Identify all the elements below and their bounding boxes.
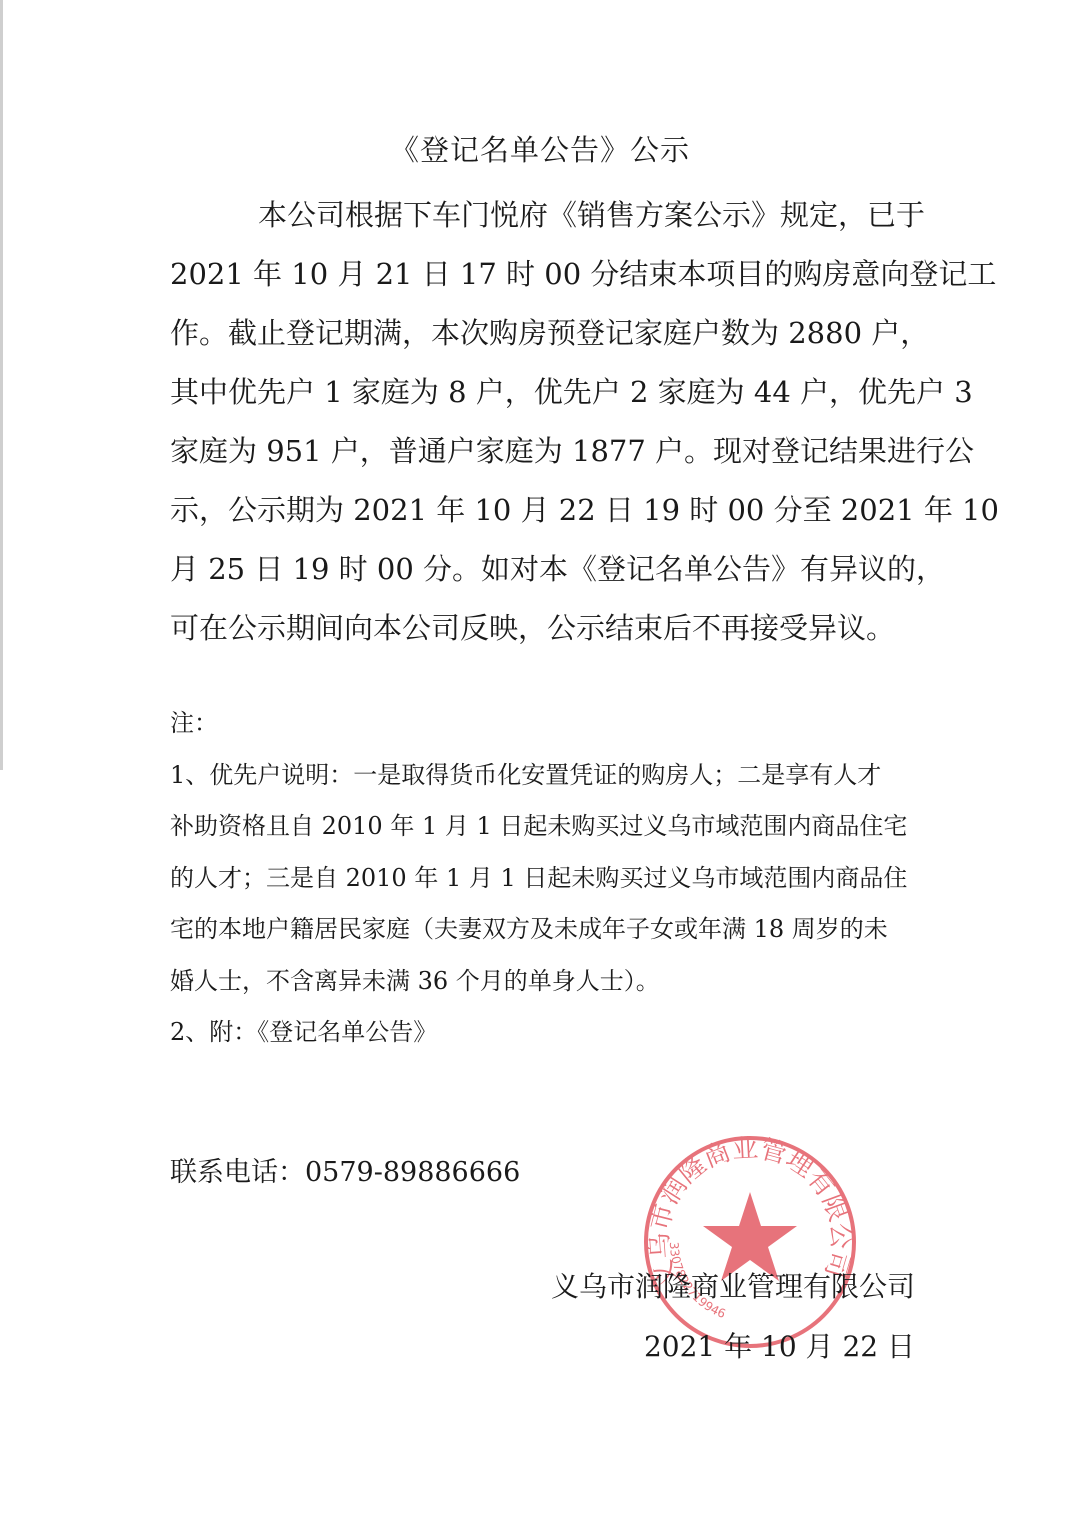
notes-heading: 注：	[170, 698, 950, 750]
company-name: 义乌市润隆商业管理有限公司	[551, 1265, 915, 1305]
body-line: 其中优先户 1 家庭为 8 户，优先户 2 家庭为 44 户，优先户 3	[170, 363, 930, 422]
body-line: 月 25 日 19 时 00 分。如对本《登记名单公告》有异议的，	[170, 540, 930, 599]
announcement-body: 本公司根据下车门悦府《销售方案公示》规定，已于 2021 年 10 月 21 日…	[170, 186, 930, 658]
contact-phone: 联系电话：0579-89886666	[170, 1150, 520, 1189]
body-line: 2021 年 10 月 21 日 17 时 00 分结束本项目的购房意向登记工	[170, 245, 930, 304]
body-line: 本公司根据下车门悦府《销售方案公示》规定，已于	[170, 186, 930, 245]
note-line: 补助资格且自 2010 年 1 月 1 日起未购买过义乌市域范围内商品住宅	[170, 801, 950, 853]
document-title: 《登记名单公告》公示	[0, 128, 1080, 169]
note-line: 宅的本地户籍居民家庭（夫妻双方及未成年子女或年满 18 周岁的未	[170, 904, 950, 956]
company-seal-icon: 义乌市润隆商业管理有限公司 3307822719946	[640, 1132, 860, 1352]
body-line: 家庭为 951 户，普通户家庭为 1877 户。现对登记结果进行公	[170, 422, 930, 481]
note-line: 婚人士，不含离异未满 36 个月的单身人士）。	[170, 956, 950, 1008]
notes-section: 注： 1、优先户说明：一是取得货币化安置凭证的购房人；二是享有人才 补助资格且自…	[170, 698, 950, 1059]
body-line: 作。截止登记期满，本次购房预登记家庭户数为 2880 户，	[170, 304, 930, 363]
note-line: 的人才；三是自 2010 年 1 月 1 日起未购买过义乌市域范围内商品住	[170, 853, 950, 905]
body-line: 示，公示期为 2021 年 10 月 22 日 19 时 00 分至 2021 …	[170, 481, 930, 540]
body-line: 可在公示期间向本公司反映，公示结束后不再接受异议。	[170, 599, 930, 658]
scan-edge	[0, 0, 3, 770]
note-line: 1、优先户说明：一是取得货币化安置凭证的购房人；二是享有人才	[170, 750, 950, 802]
signature-date: 2021 年 10 月 22 日	[644, 1325, 915, 1365]
note-line: 2、附：《登记名单公告》	[170, 1007, 950, 1059]
